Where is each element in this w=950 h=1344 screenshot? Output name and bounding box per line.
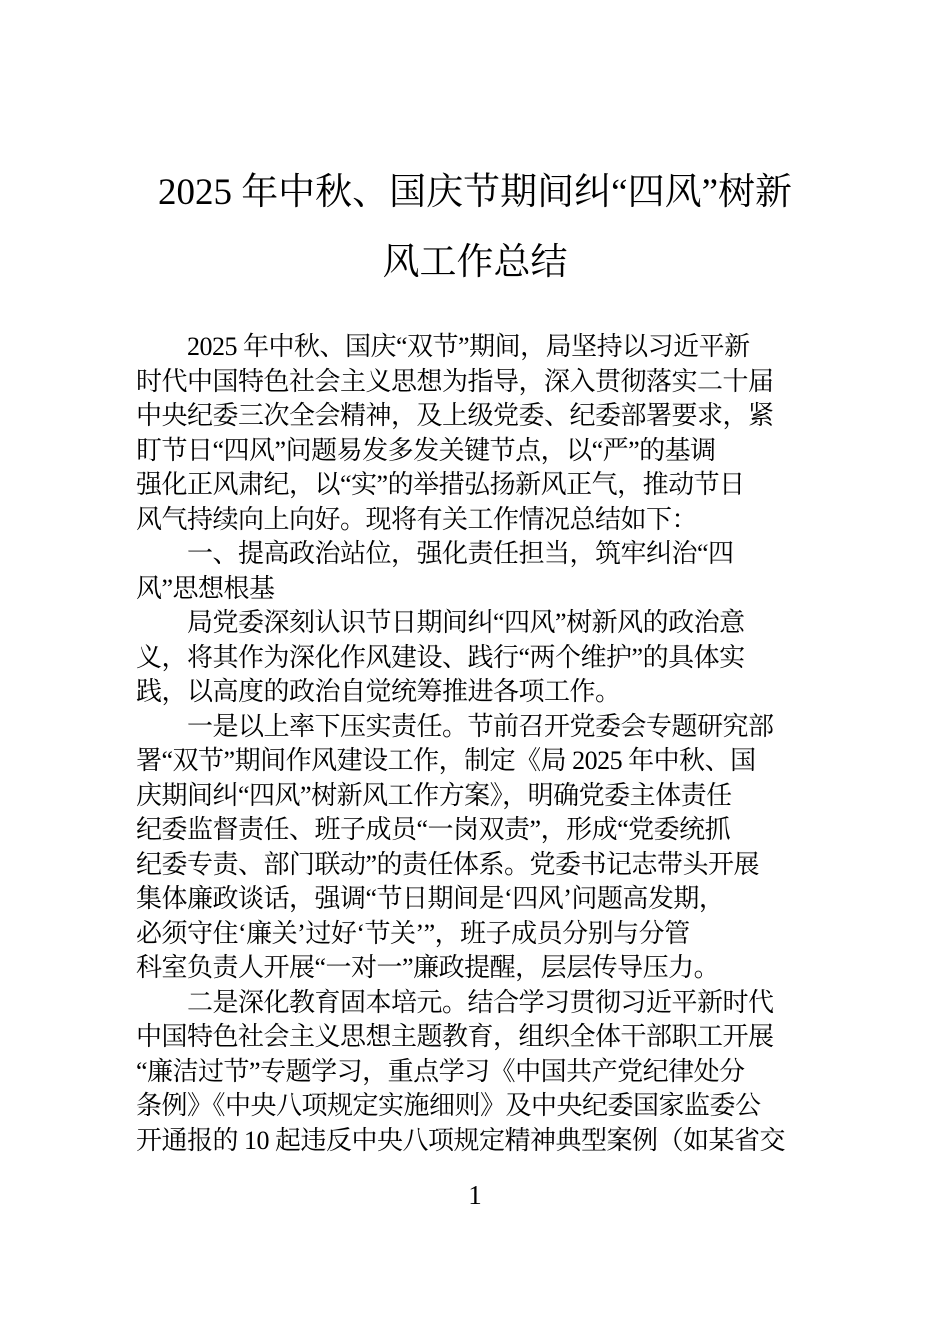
text-line: 2025 年中秋、国庆“双节”期间，局坚持以习近平新: [136, 330, 826, 365]
text-line: 纪委专责、部门联动”的责任体系。党委书记志带头开展: [136, 848, 826, 883]
text-line: 践，以高度的政治自觉统筹推进各项工作。: [136, 675, 826, 710]
text-line: 盯节日“四风”问题易发多发关键节点，以“严”的基调: [136, 434, 826, 469]
text-line: 集体廉政谈话，强调“节日期间是‘四风’问题高发期，: [136, 882, 826, 917]
text-line: 科室负责人开展“一对一”廉政提醒，层层传导压力。: [136, 951, 826, 986]
text-line: 时代中国特色社会主义思想为指导，深入贯彻落实二十届: [136, 365, 826, 400]
text-line: 条例》《中央八项规定实施细则》及中央纪委国家监委公: [136, 1089, 826, 1124]
text-line: 中央纪委三次全会精神，及上级党委、纪委部署要求，紧: [136, 399, 826, 434]
text-line: 一是以上率下压实责任。节前召开党委会专题研究部: [136, 710, 826, 745]
text-line: 风气持续向上向好。现将有关工作情况总结如下：: [136, 503, 826, 538]
text-line: 义，将其作为深化作风建设、践行“两个维护”的具体实: [136, 641, 826, 676]
text-line: 纪委监督责任、班子成员“一岗双责”，形成“党委统抓: [136, 813, 826, 848]
text-line: 必须守住‘廉关’过好‘节关’”，班子成员分别与分管: [136, 917, 826, 952]
document-title: 2025 年中秋、国庆节期间纠“四风”树新 风工作总结: [0, 158, 950, 298]
text-line: 风”思想根基: [136, 572, 826, 607]
text-line: 庆期间纠“四风”树新风工作方案》，明确党委主体责任: [136, 779, 826, 814]
page-number: 1: [0, 1178, 950, 1212]
text-line: 局党委深刻认识节日期间纠“四风”树新风的政治意: [136, 606, 826, 641]
document-body: 2025 年中秋、国庆“双节”期间，局坚持以习近平新时代中国特色社会主义思想为指…: [136, 330, 826, 1158]
text-line: 强化正风肃纪，以“实”的举措弘扬新风正气，推动节日: [136, 468, 826, 503]
document-title-line-2: 风工作总结: [0, 228, 950, 298]
document-page: 2025 年中秋、国庆节期间纠“四风”树新 风工作总结 2025 年中秋、国庆“…: [0, 0, 950, 1344]
text-line: 二是深化教育固本培元。结合学习贯彻习近平新时代: [136, 986, 826, 1021]
text-line: 署“双节”期间作风建设工作，制定《局 2025 年中秋、国: [136, 744, 826, 779]
text-line: 开通报的 10 起违反中央八项规定精神典型案例（如某省交: [136, 1124, 826, 1159]
text-line: 中国特色社会主义思想主题教育，组织全体干部职工开展: [136, 1020, 826, 1055]
document-title-line-1: 2025 年中秋、国庆节期间纠“四风”树新: [0, 158, 950, 228]
text-line: “廉洁过节”专题学习，重点学习《中国共产党纪律处分: [136, 1055, 826, 1090]
text-line: 一、提高政治站位，强化责任担当，筑牢纠治“四: [136, 537, 826, 572]
